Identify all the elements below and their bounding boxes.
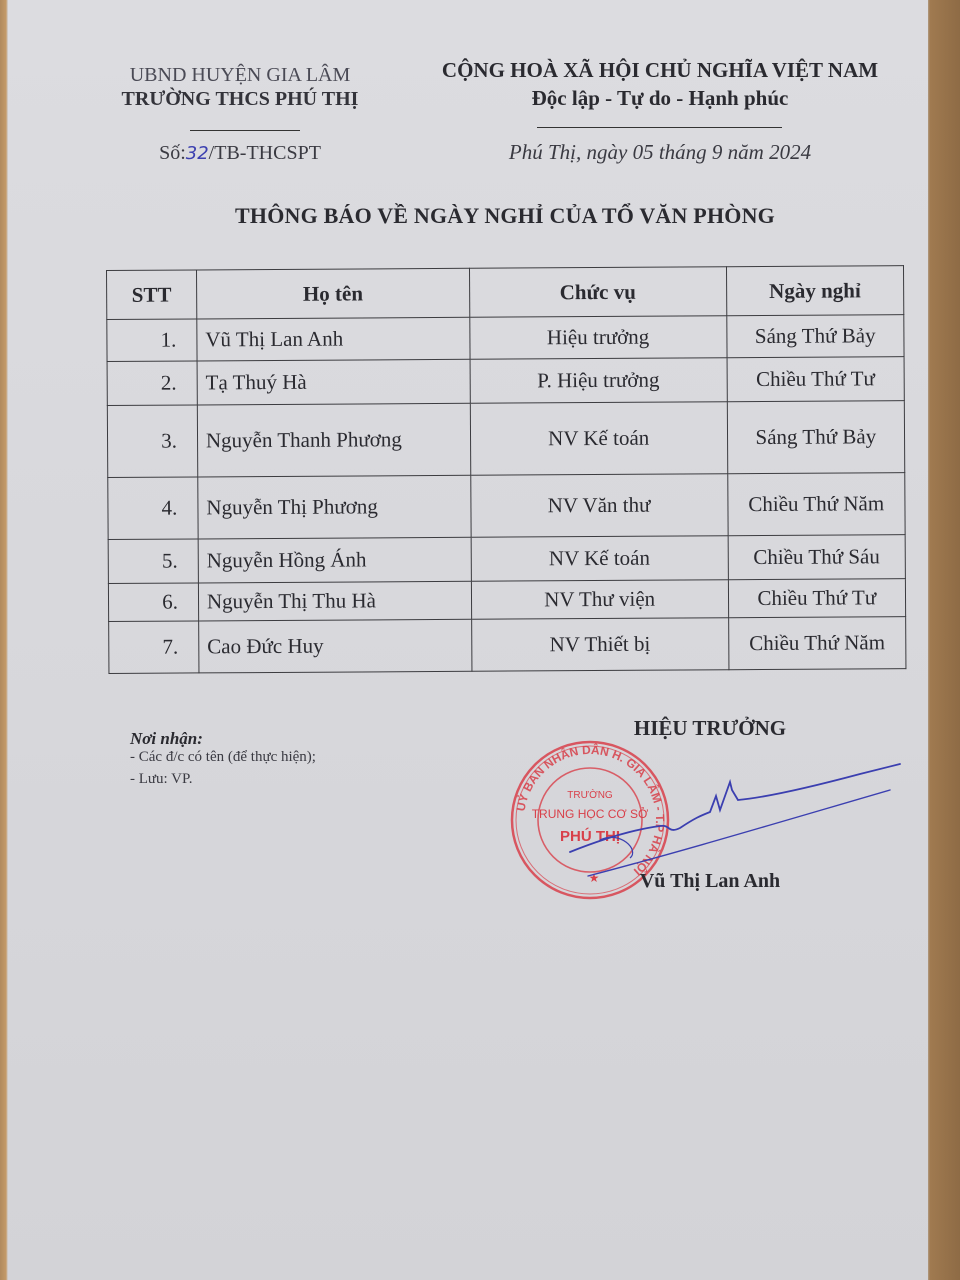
- day-off: Sáng Thứ Bảy: [726, 315, 904, 358]
- table-row: 3.Nguyễn Thanh PhươngNV Kế toánSáng Thứ …: [107, 401, 904, 478]
- header-right-rule: [537, 127, 782, 128]
- table-row: 1.Vũ Thị Lan AnhHiệu trưởngSáng Thứ Bảy: [107, 315, 904, 362]
- reference-prefix: Số:: [159, 142, 186, 164]
- column-header-name: Họ tên: [196, 268, 469, 319]
- table-row: 4.Nguyễn Thị PhươngNV Văn thưChiều Thứ N…: [108, 473, 905, 540]
- column-header-stt: STT: [107, 270, 197, 320]
- reference-suffix: /TB-THCSPT: [209, 142, 321, 164]
- table-header-row: STT Họ tên Chức vụ Ngày nghỉ: [107, 266, 904, 320]
- row-number: 5.: [108, 539, 198, 584]
- day-off: Chiều Thứ Năm: [727, 473, 905, 536]
- row-number: 4.: [108, 477, 198, 540]
- day-off: Chiều Thứ Tư: [728, 579, 906, 618]
- employee-role: P. Hiệu trưởng: [470, 358, 727, 404]
- recipient-item: - Lưu: VP.: [130, 771, 192, 788]
- day-off: Chiều Thứ Năm: [728, 617, 906, 670]
- employee-name: Tạ Thuý Hà: [197, 359, 470, 405]
- issuing-authority: UBND HUYỆN GIA LÂM: [100, 64, 380, 87]
- employee-name: Nguyễn Hồng Ánh: [198, 537, 471, 583]
- recipient-item: - Các đ/c có tên (để thực hiện);: [130, 749, 316, 766]
- employee-name: Vũ Thị Lan Anh: [197, 317, 470, 361]
- employee-name: Nguyễn Thị Thu Hà: [198, 581, 471, 621]
- row-number: 1.: [107, 319, 197, 362]
- employee-role: NV Thư viện: [471, 580, 728, 620]
- day-off: Chiều Thứ Tư: [727, 357, 905, 402]
- nation-title: CỘNG HOÀ XÃ HỘI CHỦ NGHĨA VIỆT NAM: [430, 58, 890, 83]
- employee-role: NV Kế toán: [471, 536, 728, 582]
- table-row: 2.Tạ Thuý HàP. Hiệu trưởngChiều Thứ Tư: [107, 357, 904, 406]
- column-header-role: Chức vụ: [469, 267, 726, 318]
- day-off: Chiều Thứ Sáu: [728, 535, 906, 580]
- place-and-date: Phú Thị, ngày 05 tháng 9 năm 2024: [430, 140, 890, 165]
- national-motto: Độc lập - Tự do - Hạnh phúc: [430, 86, 890, 111]
- signer-name: Vũ Thị Lan Anh: [600, 870, 820, 893]
- employee-name: Nguyễn Thị Phương: [198, 475, 471, 539]
- recipients-label: Nơi nhận:: [130, 729, 203, 749]
- header-left-rule: [190, 130, 300, 131]
- table-row: 6.Nguyễn Thị Thu HàNV Thư việnChiều Thứ …: [108, 579, 905, 622]
- employee-name: Nguyễn Thanh Phương: [197, 403, 470, 477]
- row-number: 3.: [107, 405, 197, 478]
- school-name: TRƯỜNG THCS PHÚ THỊ: [100, 88, 380, 111]
- handwritten-number: 32: [186, 143, 209, 164]
- column-header-day-off: Ngày nghỉ: [726, 266, 904, 316]
- row-number: 6.: [108, 583, 198, 622]
- employee-role: NV Kế toán: [470, 402, 727, 476]
- day-off-table: STT Họ tên Chức vụ Ngày nghỉ 1.Vũ Thị La…: [106, 265, 906, 674]
- employee-role: Hiệu trưởng: [469, 316, 726, 360]
- reference-number: Số:32/TB-THCSPT: [100, 142, 380, 165]
- table-row: 5.Nguyễn Hồng ÁnhNV Kế toánChiều Thứ Sáu: [108, 535, 905, 584]
- employee-role: NV Văn thư: [470, 474, 727, 538]
- employee-role: NV Thiết bị: [471, 618, 728, 672]
- document-title: THÔNG BÁO VỀ NGÀY NGHỈ CỦA TỔ VĂN PHÒNG: [140, 203, 870, 229]
- row-number: 7.: [109, 621, 199, 674]
- table-row: 7.Cao Đức HuyNV Thiết bịChiều Thứ Năm: [109, 617, 906, 674]
- employee-name: Cao Đức Huy: [199, 619, 472, 673]
- row-number: 2.: [107, 361, 197, 406]
- day-off: Sáng Thứ Bảy: [727, 401, 905, 474]
